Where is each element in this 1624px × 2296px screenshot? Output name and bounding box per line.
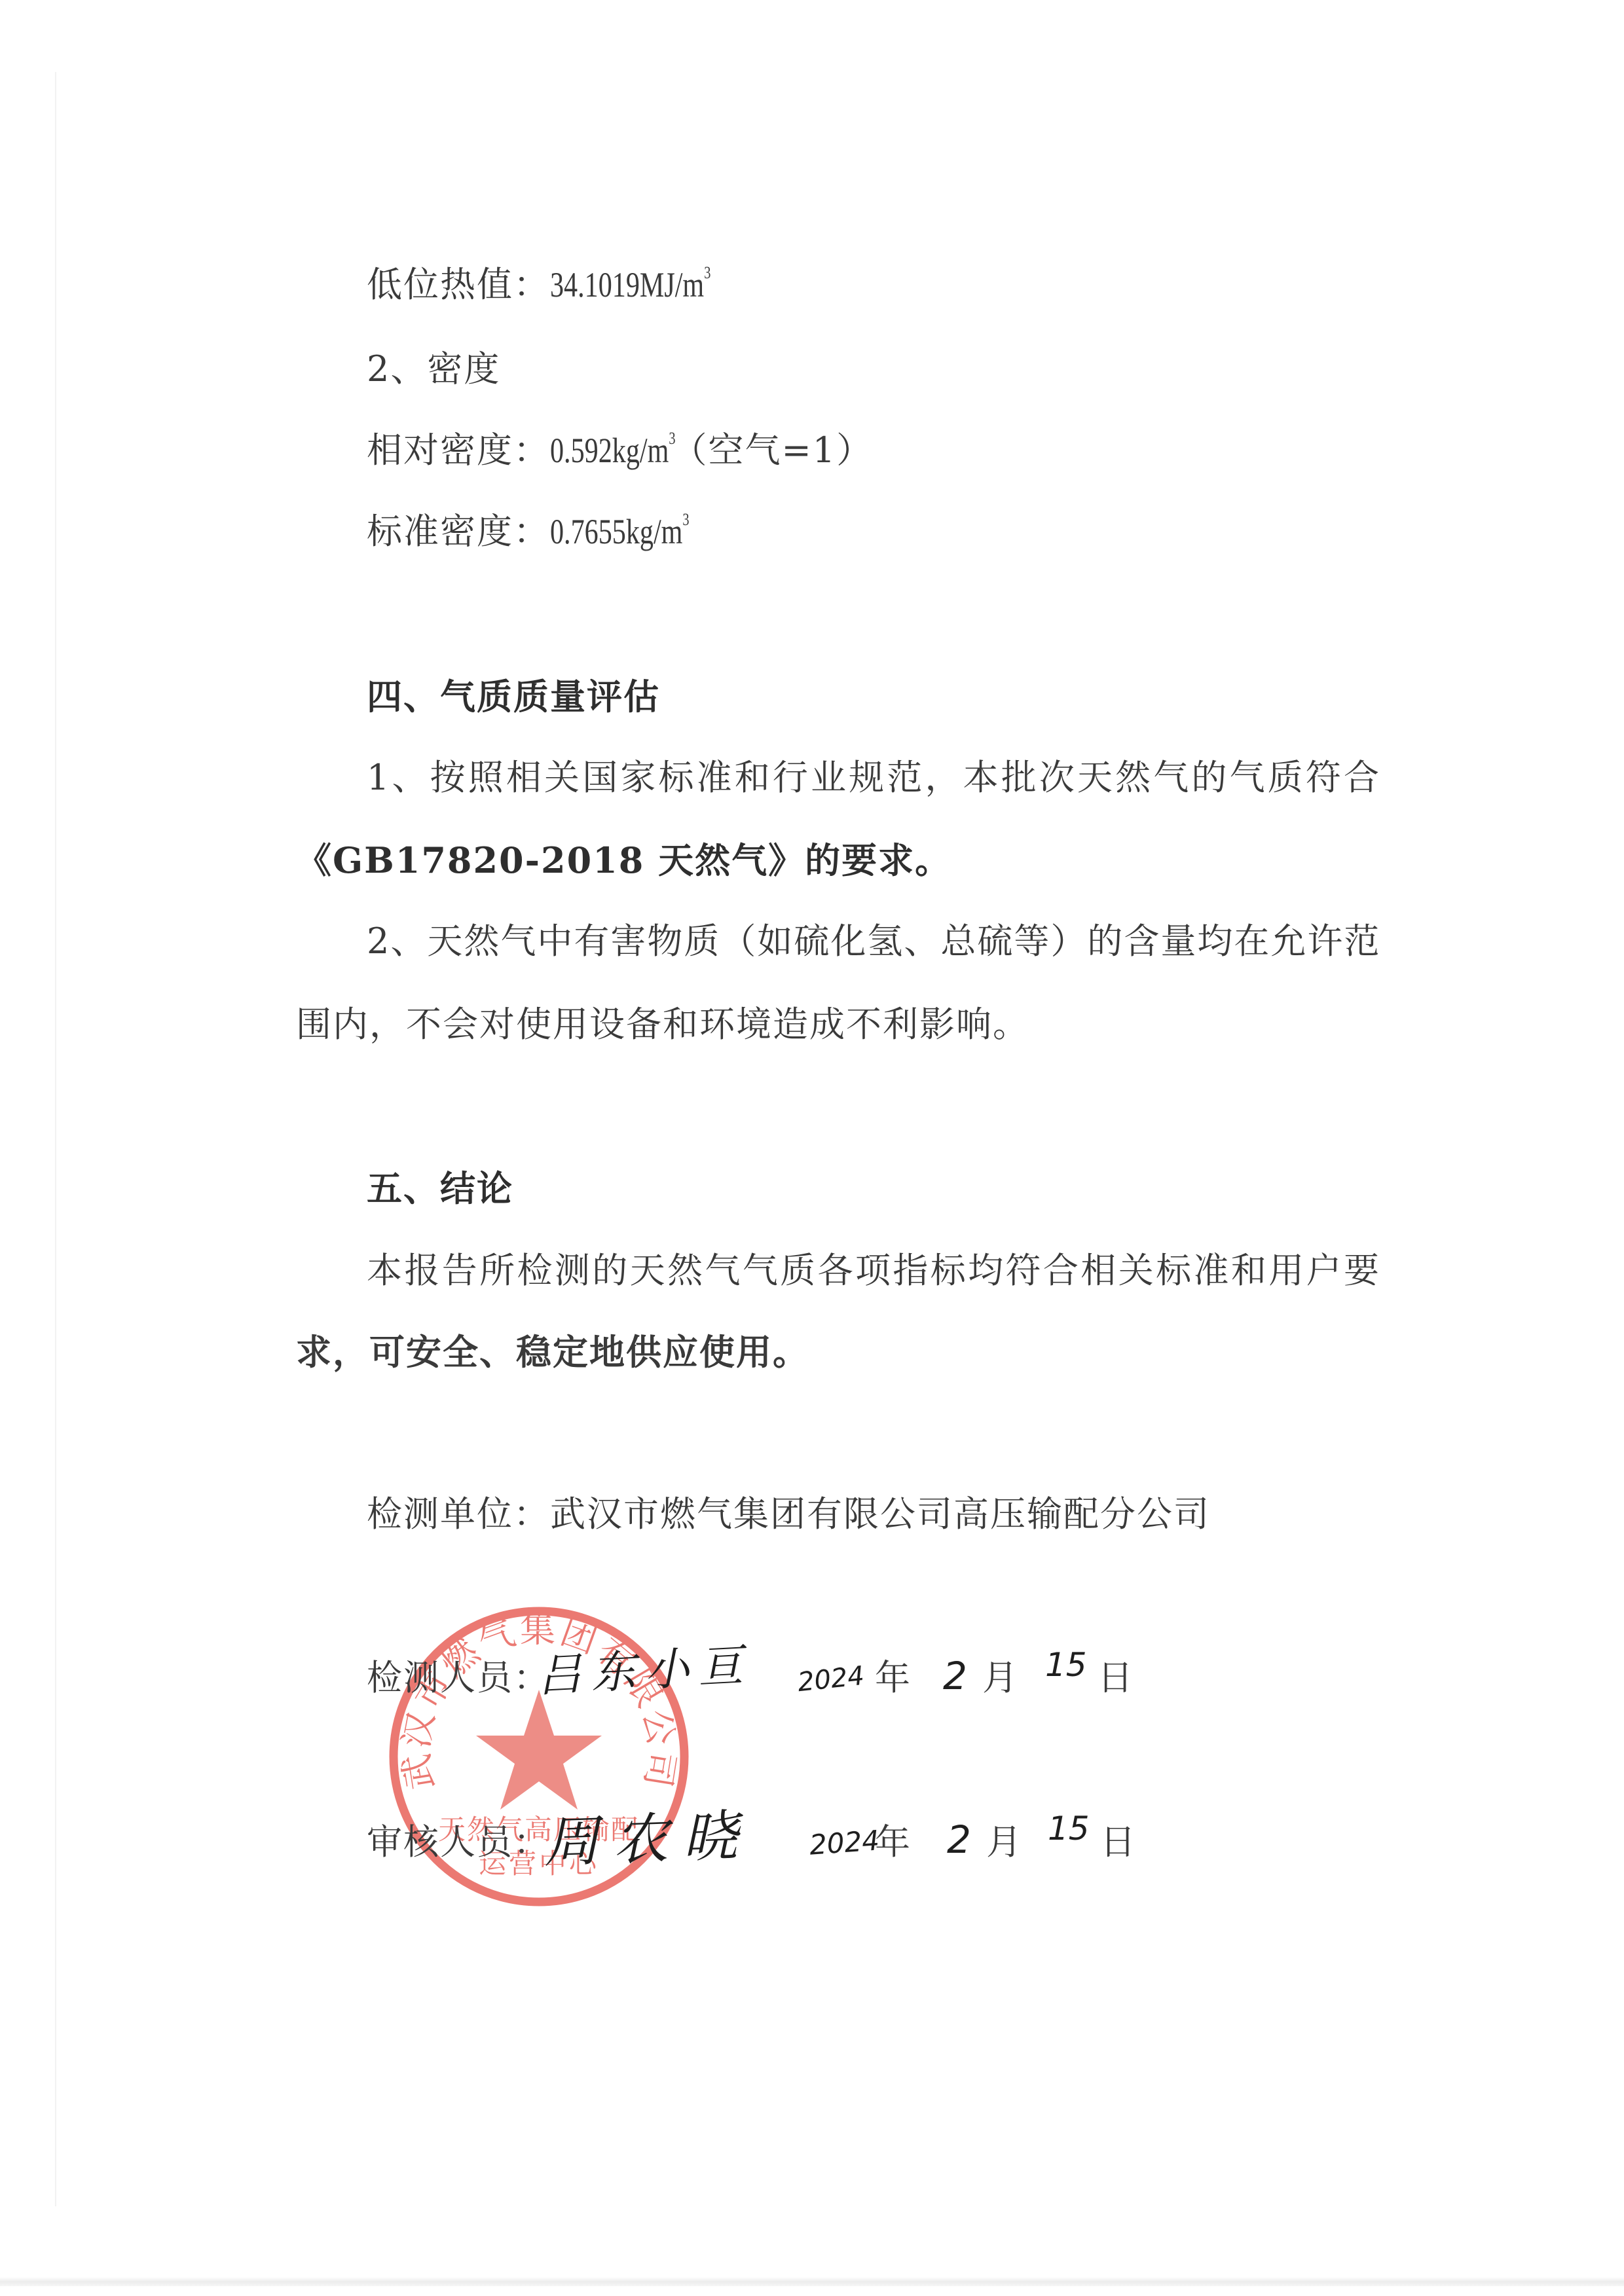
reviewer-signature: 周农晓	[542, 1791, 753, 1878]
relative-density-label: 相对密度：	[367, 429, 550, 471]
standard-density-label: 标准密度：	[367, 511, 550, 552]
inspector-day-handwritten: 15	[1045, 1646, 1087, 1684]
section5-para-line2: 求，可安全、稳定地供应使用。	[296, 1331, 809, 1373]
scan-bottom-artifact	[0, 2277, 1624, 2286]
inspector-year-handwritten: 2024	[796, 1661, 866, 1698]
reviewer-year-suffix: 年	[875, 1821, 910, 1863]
reviewer-month-suffix: 月	[986, 1821, 1022, 1863]
inspection-unit-value: 武汉市燃气集团有限公司高压输配分公司	[550, 1493, 1210, 1535]
lower-heating-value-label: 低位热值：	[367, 264, 550, 305]
inspection-unit-line: 检测单位：武汉市燃气集团有限公司高压输配分公司	[367, 1493, 1210, 1535]
reviewer-year-handwritten: 2024	[808, 1824, 880, 1861]
section4-item1-line1: 1、按照相关国家标准和行业规范，本批次天然气的气质符合	[367, 757, 1380, 799]
reviewer-day-suffix: 日	[1100, 1821, 1135, 1863]
section4-heading: 四、气质质量评估	[367, 676, 660, 718]
section5-para-line1: 本报告所检测的天然气气质各项指标均符合相关标准和用户要	[367, 1250, 1380, 1292]
inspector-label: 检测人员：	[367, 1657, 550, 1699]
section5-heading: 五、结论	[367, 1167, 513, 1209]
reviewer-month-handwritten: 2	[947, 1817, 971, 1862]
inspector-month-suffix: 月	[982, 1657, 1018, 1699]
standard-density-value: 0.7655kg/m3	[550, 511, 690, 553]
scan-edge-artifact	[55, 72, 56, 2206]
inspection-unit-label: 检测单位：	[367, 1493, 550, 1535]
standard-density-line: 标准密度：0.7655kg/m3	[367, 511, 729, 553]
relative-density-note: （空气=1）	[672, 429, 874, 471]
star-icon	[476, 1690, 602, 1810]
lower-heating-value: 34.1019MJ/m3	[550, 264, 710, 306]
section4-item1-line2: 《GB17820-2018 天然气》的要求。	[296, 839, 951, 881]
relative-density-value: 0.592kg/m3	[550, 429, 676, 471]
reviewer-day-handwritten: 15	[1048, 1810, 1090, 1848]
relative-density-line: 相对密度：0.592kg/m3（空气=1）	[367, 429, 873, 471]
inspector-signature: 吕东小亘	[536, 1630, 754, 1704]
density-subheading: 2、密度	[367, 348, 500, 390]
inspector-month-handwritten: 2	[943, 1654, 967, 1698]
inspector-day-suffix: 日	[1098, 1657, 1133, 1699]
lower-heating-value-line: 低位热值：34.1019MJ/m3	[367, 264, 756, 306]
section4-item2-line1: 2、天然气中有害物质（如硫化氢、总硫等）的含量均在允许范	[367, 920, 1380, 962]
reviewer-label: 审核人员：	[367, 1821, 550, 1863]
document-page: 低位热值：34.1019MJ/m3 2、密度 相对密度：0.592kg/m3（空…	[0, 0, 1624, 2296]
inspector-year-suffix: 年	[875, 1657, 910, 1699]
section4-item2-line2: 围内，不会对使用设备和环境造成不利影响。	[296, 1004, 1029, 1046]
